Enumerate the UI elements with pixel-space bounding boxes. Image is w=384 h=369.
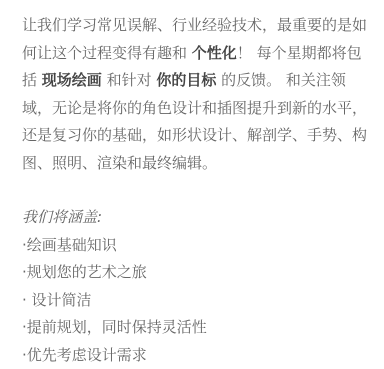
course-description: 让我们学习常见误解、行业经验技术，最重要的是如何让这个过程变得有趣和 个性化！ … <box>22 12 374 366</box>
paragraph-spacer <box>22 177 374 204</box>
emphasis-live-drawing: 现场绘画 <box>42 71 102 89</box>
list-item: ·优先考虑设计需求 <box>22 342 374 367</box>
intro-text-3: 和针对 <box>102 71 157 89</box>
list-item: ·规划您的艺术之旅 <box>22 259 374 287</box>
coverage-list: ·绘画基础知识 ·规划您的艺术之旅 · 设计简洁 ·提前规划，同时保持灵活性 ·… <box>22 232 374 367</box>
intro-paragraph: 让我们学习常见误解、行业经验技术，最重要的是如何让这个过程变得有趣和 个性化！ … <box>22 12 374 177</box>
list-item: ·绘画基础知识 <box>22 232 374 260</box>
list-item: ·提前规划，同时保持灵活性 <box>22 314 374 342</box>
emphasis-personalized: 个性化 <box>192 44 237 62</box>
emphasis-your-goals: 你的目标 <box>156 71 216 89</box>
list-item: · 设计简洁 <box>22 287 374 315</box>
coverage-heading: 我们将涵盖: <box>22 204 374 232</box>
